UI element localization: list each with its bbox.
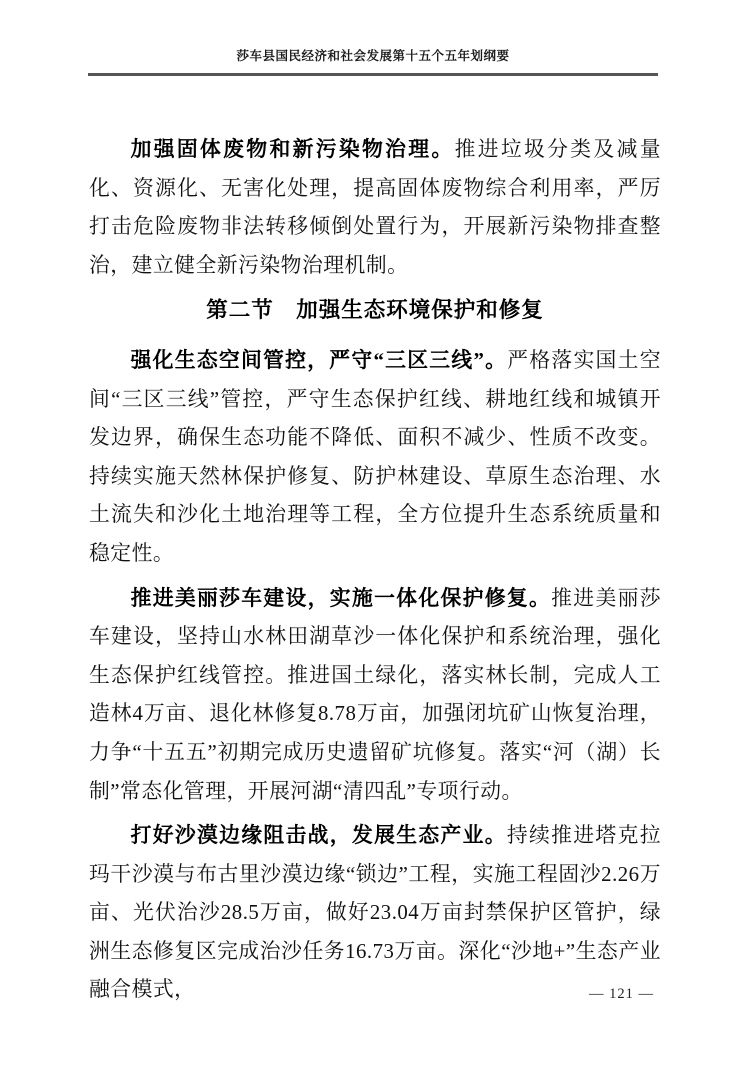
paragraph-body: 持续推进塔克拉玛干沙漠与布古里沙漠边缘“锁边”工程，实施工程固沙2.26万亩、光… bbox=[89, 824, 661, 1001]
paragraph-desert-edge: 打好沙漠边缘阻击战，发展生态产业。持续推进塔克拉玛干沙漠与布古里沙漠边缘“锁边”… bbox=[89, 817, 661, 1010]
paragraph-lead: 推进美丽莎车建设，实施一体化保护修复。 bbox=[131, 587, 552, 610]
paragraph-body: 严格落实国土空间“三区三线”管控，严守生态保护红线、耕地红线和城镇开发边界，确保… bbox=[89, 349, 661, 565]
page-number: — 121 — bbox=[589, 986, 654, 1003]
document-page: 莎车县国民经济和社会发展第十五个五年划纲要 加强固体废物和新污染物治理。推进垃圾… bbox=[0, 0, 753, 1066]
paragraph-lead: 加强固体废物和新污染物治理。 bbox=[131, 138, 455, 161]
paragraph-solid-waste: 加强固体废物和新污染物治理。推进垃圾分类及减量化、资源化、无害化处理，提高固体废… bbox=[89, 131, 661, 285]
paragraph-body: 推进美丽莎车建设，坚持山水林田湖草沙一体化保护和系统治理，强化生态保护红线管控。… bbox=[89, 587, 661, 803]
section-heading: 第二节 加强生态环境保护和修复 bbox=[89, 291, 661, 330]
running-header-title: 莎车县国民经济和社会发展第十五个五年划纲要 bbox=[88, 46, 658, 64]
paragraph-lead: 强化生态空间管控，严守“三区三线”。 bbox=[131, 349, 508, 372]
document-body: 加强固体废物和新污染物治理。推进垃圾分类及减量化、资源化、无害化处理，提高固体废… bbox=[89, 131, 661, 1010]
paragraph-eco-space-control: 强化生态空间管控，严守“三区三线”。严格落实国土空间“三区三线”管控，严守生态保… bbox=[89, 342, 661, 574]
paragraph-beautiful-shache: 推进美丽莎车建设，实施一体化保护修复。推进美丽莎车建设，坚持山水林田湖草沙一体化… bbox=[89, 580, 661, 812]
page-header: 莎车县国民经济和社会发展第十五个五年划纲要 bbox=[88, 46, 658, 76]
header-rule bbox=[88, 73, 658, 76]
paragraph-lead: 打好沙漠边缘阻击战，发展生态产业。 bbox=[131, 824, 507, 847]
